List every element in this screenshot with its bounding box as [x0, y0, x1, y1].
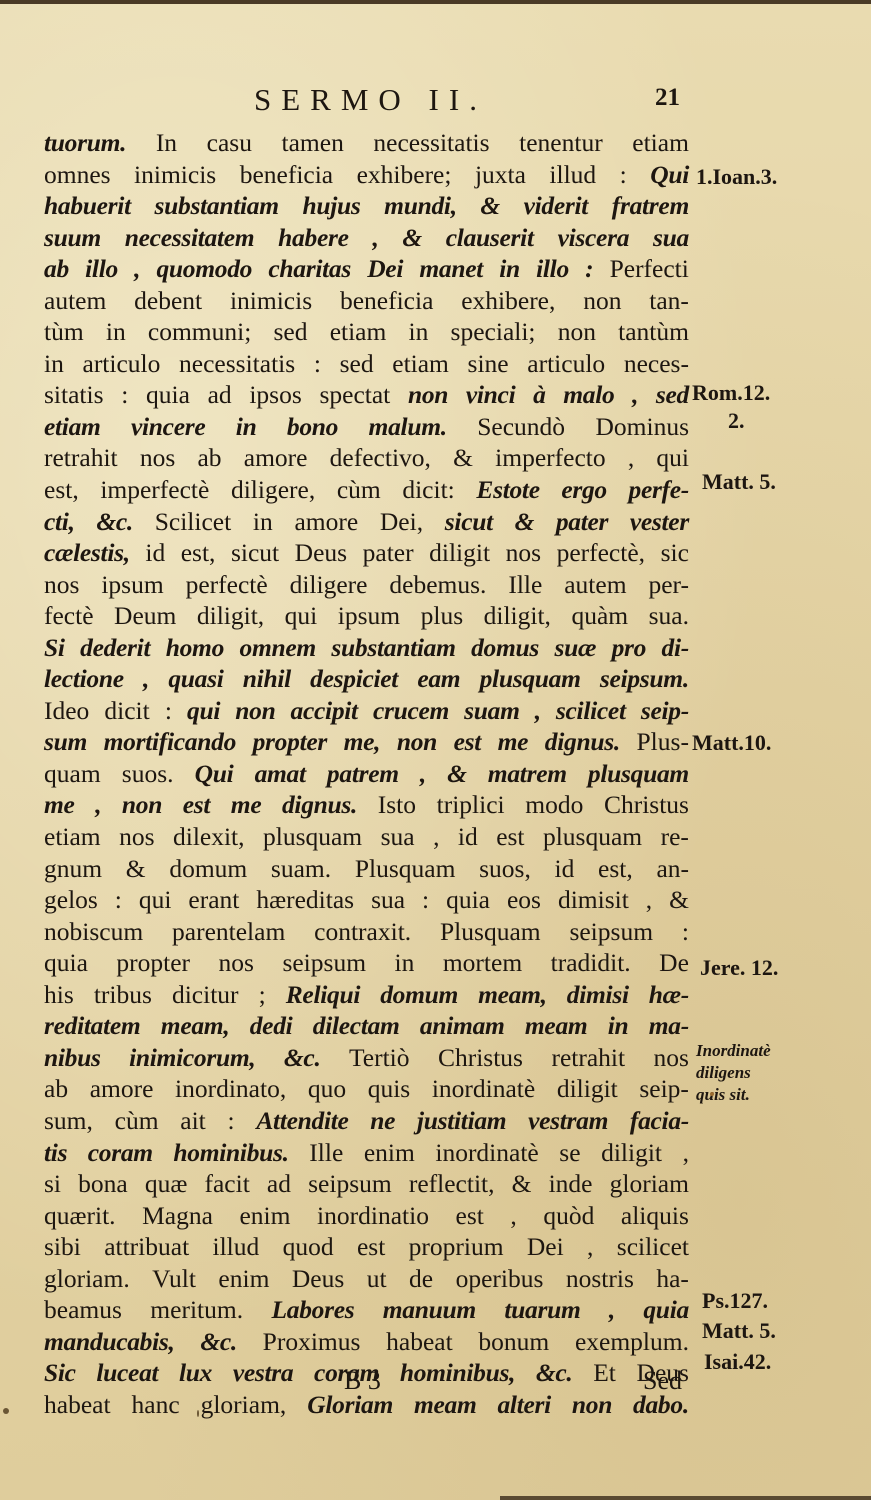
italic-word: crucem [373, 695, 449, 727]
word: tùm [44, 316, 84, 348]
margin-reference: Rom.12. [692, 380, 770, 406]
italic-word: etiam [44, 411, 101, 443]
italic-word: non [235, 695, 275, 727]
italic-word: malum. [369, 411, 447, 443]
word: nos [654, 1042, 689, 1074]
word: aliquis [621, 1200, 689, 1232]
word: ait [180, 1105, 206, 1137]
word: tenentur [519, 127, 603, 159]
word: casu [207, 127, 252, 159]
italic-word: dignus. [282, 789, 357, 821]
word: etiam [632, 127, 689, 159]
word: defectivo, [330, 442, 431, 474]
text-line: sitatis:quiaadipsosspectatnonvinciàmalo,… [44, 379, 689, 411]
page-header: SERMO II. 21 [0, 82, 871, 122]
book-page: SERMO II. 21 tuorum.Incasutamennecessita… [0, 0, 871, 1500]
word: perfectè [186, 569, 268, 601]
italic-word: & [402, 222, 422, 254]
text-line: me,nonestmedignus.IstotriplicimodoChrist… [44, 789, 689, 821]
italic-word: &c. [536, 1357, 573, 1389]
word: est [496, 821, 524, 853]
word: est, [598, 853, 633, 885]
word: : [620, 159, 627, 191]
italic-word: quomodo [156, 253, 252, 285]
word: exemplum. [575, 1326, 689, 1358]
word: tan- [649, 285, 689, 317]
italic-word: alteri [497, 1389, 550, 1421]
text-line: sum,cùmait:Attenditenejustitiamvestramfa… [44, 1105, 689, 1137]
word: propter [116, 947, 190, 979]
text-line: tiscoramhominibus.Illeeniminordinatèsedi… [44, 1137, 689, 1169]
word: quia [446, 884, 490, 916]
word: Deus [295, 537, 347, 569]
word: quam [44, 758, 101, 790]
word: , [683, 1137, 689, 1169]
word: juxta [475, 159, 526, 191]
word: sed [274, 316, 308, 348]
word: in [409, 316, 429, 348]
word: Magna [142, 1200, 213, 1232]
word: Dei [527, 1231, 564, 1263]
italic-word: , [95, 789, 101, 821]
italic-word: lectione [44, 663, 124, 695]
word: amore [294, 506, 358, 538]
text-line: abamoreinordinato,quoquisinordinatèdilig… [44, 1073, 689, 1105]
word: contraxit. [314, 916, 411, 948]
word: dimisit [558, 884, 629, 916]
word: modo [525, 789, 583, 821]
word: autem [564, 569, 626, 601]
word: est [357, 1231, 385, 1263]
word: Dei, [380, 506, 423, 538]
text-line: suumnecessitatemhabere,&clauseritviscera… [44, 222, 689, 254]
paper-speck [710, 1092, 714, 1096]
italic-word: non [397, 726, 437, 758]
italic-word: viscera [558, 222, 630, 254]
text-line: manducabis,&c.Proximushabeatbonumexemplu… [44, 1326, 689, 1358]
word: enim [218, 1263, 269, 1295]
word: dilexit, [173, 821, 245, 853]
word: tamen [282, 127, 344, 159]
margin-reference: Isai.42. [704, 1349, 771, 1375]
italic-word: pater [556, 506, 608, 538]
text-line: retrahitnosabamoredefectivo,&imperfecto,… [44, 442, 689, 474]
word: ipsum [101, 569, 163, 601]
word: autem [44, 285, 106, 317]
word: cùm [115, 1105, 159, 1137]
word: communi; [148, 316, 251, 348]
word: hanc [132, 1389, 180, 1421]
word: nobiscum [44, 916, 143, 948]
italic-word: in [499, 253, 520, 285]
word: sum, [44, 1105, 93, 1137]
italic-word: &c. [96, 506, 133, 538]
italic-word: dederit [80, 632, 150, 664]
word: eos [507, 884, 541, 916]
text-line: reditatemmeam,dedidilectamanimammeaminma… [44, 1010, 689, 1042]
text-line: Ideodicit:quinonaccipitcrucemsuam,scilic… [44, 695, 689, 727]
word: , [510, 1200, 516, 1232]
italic-word: ma- [649, 1010, 689, 1042]
word: plusquam [263, 821, 362, 853]
italic-word: Reliqui [286, 979, 360, 1011]
word: quia [146, 379, 190, 411]
word: in [106, 316, 126, 348]
paper-speck [3, 1408, 9, 1414]
word: reflectit, [409, 1168, 495, 1200]
text-line: sibiattribuatilludquodestpropriumDei,sci… [44, 1231, 689, 1263]
word: Et [593, 1357, 616, 1389]
word: hæreditas [256, 884, 354, 916]
word: : [165, 695, 172, 727]
word: fectè [44, 600, 94, 632]
margin-reference: Jere. 12. [700, 955, 778, 981]
word: articulo [83, 348, 161, 380]
word: Ille [508, 569, 542, 601]
italic-word: matrem [488, 758, 567, 790]
word: nos [140, 442, 175, 474]
word: ad [208, 379, 232, 411]
word: Secundò [477, 411, 565, 443]
word: id [458, 821, 478, 853]
word: ipsum [338, 600, 400, 632]
italic-word: vincere [131, 411, 205, 443]
word: illud [213, 1231, 260, 1263]
word: omnes [44, 159, 111, 191]
word: ut [367, 1263, 387, 1295]
word: De [659, 947, 689, 979]
italic-word: facia- [630, 1105, 689, 1137]
word: necessitatis [179, 348, 295, 380]
word: Ille [309, 1137, 343, 1169]
word: re- [661, 821, 689, 853]
text-line: quiapropternosseipsuminmortemtradidit.De [44, 947, 689, 979]
word: tradidit. [551, 947, 631, 979]
word: imperfecto [495, 442, 605, 474]
italic-word: cælestis, [44, 537, 130, 569]
italic-word: vestram [528, 1105, 608, 1137]
word: Christus [438, 1042, 523, 1074]
word: id [145, 537, 165, 569]
margin-reference: Matt. 5. [702, 1318, 776, 1344]
italic-word: substantiam [331, 632, 455, 664]
word: gloriam, [201, 1389, 287, 1421]
italic-word: , [609, 1294, 615, 1326]
margin-reference: Matt.10. [692, 730, 771, 756]
italic-word: vestra [233, 1357, 294, 1389]
italic-word: hujus [302, 190, 360, 222]
italic-word: hominibus, [400, 1357, 515, 1389]
italic-word: reditatem [44, 1010, 140, 1042]
italic-word: domum [380, 979, 458, 1011]
italic-word: clauserit [446, 222, 534, 254]
italic-word: Qui [650, 159, 689, 191]
word: : [228, 1105, 235, 1137]
text-line: cælestis,idest,sicutDeuspaterdiligitnosp… [44, 537, 689, 569]
italic-word: manuum [383, 1294, 476, 1326]
italic-word: sua [653, 222, 689, 254]
text-line: autemdebentinimicisbeneficiaexhibere,non… [44, 285, 689, 317]
word: debemus. [389, 569, 486, 601]
word: inordinatio [317, 1200, 429, 1232]
italic-word: suæ [554, 632, 596, 664]
word: etiam [392, 348, 449, 380]
word: an- [656, 853, 689, 885]
italic-word: omnem [240, 632, 316, 664]
word: gnum [44, 853, 102, 885]
italic-word: domus [471, 632, 539, 664]
word: , [628, 442, 634, 474]
word: inordinatè [435, 1137, 538, 1169]
italic-word: meam [525, 1010, 588, 1042]
word: sic [661, 537, 689, 569]
italic-word: sed [656, 379, 689, 411]
italic-word: Attendite [256, 1105, 348, 1137]
word: plusquam [543, 821, 642, 853]
word: his [44, 979, 74, 1011]
italic-word: perfe- [629, 474, 690, 506]
word: Ideo [44, 695, 89, 727]
italic-word: Dei [367, 253, 403, 285]
running-title: SERMO II. [254, 82, 487, 118]
italic-word: in [608, 1010, 629, 1042]
word: Dominus [595, 411, 689, 443]
italic-word: di- [662, 632, 689, 664]
word: in [253, 506, 273, 538]
italic-word: vinci [466, 379, 516, 411]
word: quia [44, 947, 88, 979]
word: est, [181, 537, 216, 569]
italic-word: mortificando [104, 726, 236, 758]
italic-word: viderit [524, 190, 588, 222]
italic-word: sicut [445, 506, 493, 538]
word: Isto [378, 789, 416, 821]
word: & [512, 1168, 532, 1200]
word: qui [139, 884, 172, 916]
word: bona [78, 1168, 128, 1200]
italic-word: hominibus. [173, 1137, 288, 1169]
word: necessitatis [373, 127, 489, 159]
word: , [433, 821, 439, 853]
italic-word: meam, [478, 979, 547, 1011]
italic-word: dignus. [545, 726, 620, 758]
word: sibi [44, 1231, 81, 1263]
paper-speck [197, 1410, 199, 1417]
word: sua [371, 884, 405, 916]
word: sine [468, 348, 509, 380]
word: domum [169, 853, 247, 885]
italic-word: tuorum. [44, 127, 126, 159]
italic-word: illo [85, 253, 118, 285]
italic-word: accipit [291, 695, 358, 727]
text-line: Sidederithomoomnemsubstantiamdomussuæpro… [44, 632, 689, 664]
word: , [646, 884, 652, 916]
word: Plusquam [355, 853, 456, 885]
italic-word: sum [44, 726, 87, 758]
italic-word: malo [563, 379, 614, 411]
italic-word: seip- [641, 695, 689, 727]
word: enim [239, 1200, 290, 1232]
word: est [456, 1200, 484, 1232]
italic-word: me [44, 789, 75, 821]
text-line: histribusdicitur;Reliquidomummeam,dimisi… [44, 979, 689, 1011]
word: ipsos [249, 379, 301, 411]
text-line: cti,&c.ScilicetinamoreDei,sicut&paterves… [44, 506, 689, 538]
italic-word: amat [255, 758, 306, 790]
text-line: tuorum.Incasutamennecessitatistenenturet… [44, 127, 689, 159]
word: non [583, 285, 621, 317]
word: inordinatè [432, 1073, 535, 1105]
word: Perfecti [610, 253, 689, 285]
italic-word: , [420, 758, 426, 790]
word: inde [549, 1168, 593, 1200]
word: seipsum [308, 1168, 392, 1200]
italic-word: substantiam [155, 190, 279, 222]
italic-word: homo [166, 632, 224, 664]
text-line: quamsuos.Quiamatpatrem,&matremplusquam [44, 758, 689, 790]
italic-word: dilectam [313, 1010, 400, 1042]
italic-word: me, [344, 726, 381, 758]
word: facit [204, 1168, 249, 1200]
text-line: sibonaquæfacitadseipsumreflectit,&indegl… [44, 1168, 689, 1200]
italic-word: eam [417, 663, 460, 695]
italic-word: à [533, 379, 545, 411]
side-heading: Inordinatèdiligensquis sit. [696, 1040, 771, 1106]
word: Tertiò [349, 1042, 410, 1074]
italic-word: suum [44, 222, 101, 254]
word: Scilicet [155, 506, 231, 538]
word: seipsum [569, 916, 653, 948]
italic-word: despiciet [310, 663, 398, 695]
word: suos, [479, 853, 531, 885]
word: suos. [122, 758, 174, 790]
word: illud [549, 159, 596, 191]
word: seipsum [282, 947, 366, 979]
text-line: nobiscumparentelamcontraxit.Plusquamseip… [44, 916, 689, 948]
text-line: lectione,quasinihildespicieteamplusquams… [44, 663, 689, 695]
italic-word: , [535, 695, 541, 727]
body-text: tuorum.Incasutamennecessitatistenenturet… [44, 127, 689, 1420]
word: erant [188, 884, 239, 916]
italic-word: non [572, 1389, 612, 1421]
word: parentelam [172, 916, 285, 948]
italic-word: quia [643, 1294, 689, 1326]
italic-word: tis [44, 1137, 67, 1169]
word: inimicis [230, 285, 312, 317]
text-line: etiamnosdilexit,plusquamsua,idestplusqua… [44, 821, 689, 853]
word: ha- [656, 1263, 689, 1295]
word: habeat [386, 1326, 453, 1358]
word: beneficia [240, 159, 333, 191]
word: : [115, 884, 122, 916]
word: plus [421, 600, 464, 632]
italic-word: scilicet [556, 695, 626, 727]
word: id [555, 853, 575, 885]
italic-word: habere [278, 222, 348, 254]
word: in [44, 348, 64, 380]
italic-word: seipsum. [600, 663, 689, 695]
word: quis [368, 1073, 411, 1105]
italic-word: , [143, 663, 149, 695]
italic-word: : [585, 253, 593, 285]
italic-word: hæ- [649, 979, 689, 1011]
word: habeat [44, 1389, 111, 1421]
word: Deum [114, 600, 176, 632]
word: , [587, 1231, 593, 1263]
word: sua [381, 821, 415, 853]
italic-word: , [134, 253, 140, 285]
italic-word: Sic [44, 1357, 76, 1389]
text-line: nibusinimicorum,&c.TertiòChristusretrahi… [44, 1042, 689, 1074]
italic-word: propter [253, 726, 327, 758]
word: dicitur [172, 979, 239, 1011]
word: enim [364, 1137, 415, 1169]
italic-word: , [372, 222, 378, 254]
word: : [682, 916, 689, 948]
italic-word: non [122, 789, 162, 821]
italic-word: &c. [284, 1042, 321, 1074]
italic-word: vester [630, 506, 689, 538]
text-line: gloriam.VultenimDeusutdeoperibusnostrish… [44, 1263, 689, 1295]
italic-word: qui [187, 695, 220, 727]
word: ab [44, 1073, 68, 1105]
word: cùm [337, 474, 381, 506]
side-heading-line: quis sit. [696, 1084, 771, 1106]
text-line: tùmincommuni;sedetiaminspeciali;nontantù… [44, 316, 689, 348]
italic-word: meam [414, 1389, 477, 1421]
word: de [409, 1263, 433, 1295]
word: Proximus [263, 1326, 361, 1358]
word: quo [308, 1073, 346, 1105]
italic-word: manducabis, [44, 1326, 175, 1358]
word: meritum. [150, 1294, 243, 1326]
word: nos [219, 947, 254, 979]
italic-word: necessitatem [125, 222, 255, 254]
word: diligere, [231, 474, 315, 506]
word: nos [44, 569, 79, 601]
word: quàm [571, 600, 628, 632]
word: tribus [94, 979, 152, 1011]
word: diligere [290, 569, 368, 601]
italic-word: inimicorum, [129, 1042, 255, 1074]
italic-word: ergo [561, 474, 607, 506]
word: beneficia [340, 285, 433, 317]
word: perfectè, [557, 537, 645, 569]
text-line: inarticulonecessitatis:sedetiamsineartic… [44, 348, 689, 380]
word: gloriam [610, 1168, 689, 1200]
italic-word: luceat [96, 1357, 158, 1389]
word: etiam [330, 316, 387, 348]
word: spectat [319, 379, 390, 411]
word: Vult [152, 1263, 196, 1295]
italic-word: meam, [161, 1010, 230, 1042]
word: gelos [44, 884, 98, 916]
text-line: gelos:quieranthæreditassua:quiaeosdimisi… [44, 884, 689, 916]
word: : [314, 348, 321, 380]
word: non [558, 316, 596, 348]
italic-word: mundi, [384, 190, 457, 222]
italic-word: ne [370, 1105, 395, 1137]
word: se [559, 1137, 580, 1169]
word: sicut [231, 537, 279, 569]
text-line: est,imperfectèdiligere,cùmdicit:Estoteer… [44, 474, 689, 506]
italic-word: Estote [476, 474, 539, 506]
word: ; [259, 979, 266, 1011]
italic-word: illo [536, 253, 569, 285]
italic-word: nibus [44, 1042, 101, 1074]
word: Deus [292, 1263, 344, 1295]
word: mortem [443, 947, 522, 979]
